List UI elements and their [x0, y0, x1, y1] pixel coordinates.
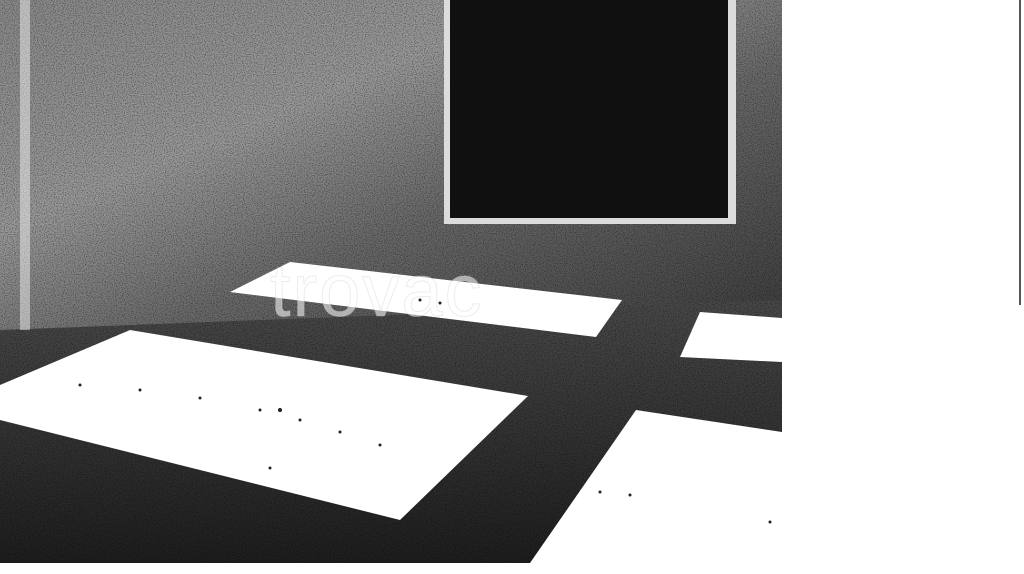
wall-light-strip — [20, 0, 30, 330]
room-photo — [0, 0, 1024, 574]
window — [444, 0, 736, 224]
page-margin-bottom — [0, 564, 1024, 574]
page-edge-line — [1019, 0, 1021, 305]
